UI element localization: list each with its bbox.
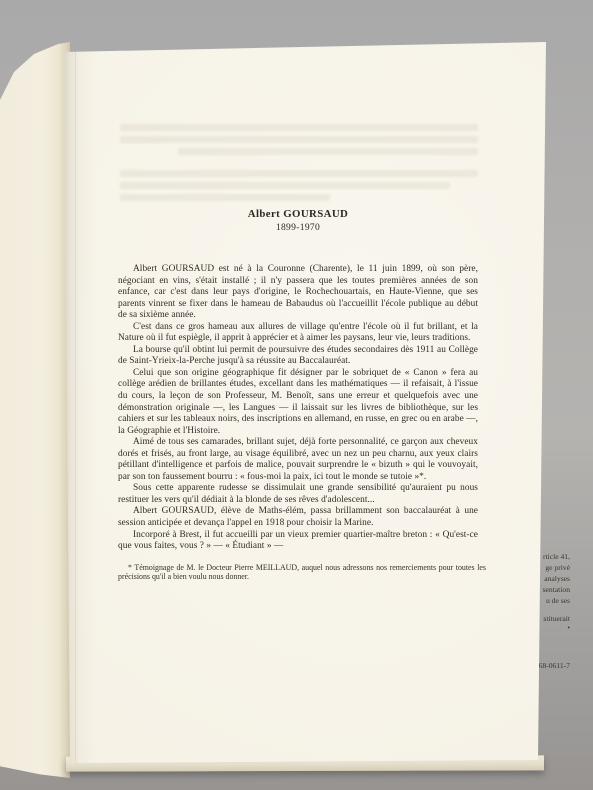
paragraph: C'est dans ce gros hameau aux allures de… <box>118 322 478 345</box>
page-title: Albert GOURSAUD <box>118 208 478 220</box>
paragraph: Albert GOURSAUD, élève de Maths-élém, pa… <box>118 506 478 529</box>
left-page <box>0 42 70 778</box>
show-through-text <box>120 194 330 201</box>
printed-content: Albert GOURSAUD 1899-1970 Albert GOURSAU… <box>118 208 478 582</box>
footnote: * Témoignage de M. le Docteur Pierre MEI… <box>118 563 486 583</box>
paragraph: Celui que son origine géographique fit d… <box>118 368 478 437</box>
gutter-crease <box>75 42 76 765</box>
photo-background: rticle 41, ge privé analyses sentation u… <box>0 0 593 790</box>
show-through-text <box>120 182 450 189</box>
book-page: Albert GOURSAUD 1899-1970 Albert GOURSAU… <box>62 42 548 765</box>
paragraph: La bourse qu'il obtint lui permit de pou… <box>118 345 478 368</box>
body-text: Albert GOURSAUD est né à la Couronne (Ch… <box>118 264 478 553</box>
paragraph: Aimé de tous ses camarades, brillant suj… <box>118 437 478 483</box>
paragraph: Sous cette apparente rudesse se dissimul… <box>118 483 478 506</box>
show-through-text <box>120 124 478 131</box>
show-through-text <box>120 170 478 177</box>
paragraph: Incorporé à Brest, il fut accueilli par … <box>118 530 478 553</box>
page-subtitle-years: 1899-1970 <box>118 222 478 234</box>
show-through-text <box>178 148 478 155</box>
show-through-text <box>120 136 478 143</box>
paragraph: Albert GOURSAUD est né à la Couronne (Ch… <box>118 264 478 322</box>
